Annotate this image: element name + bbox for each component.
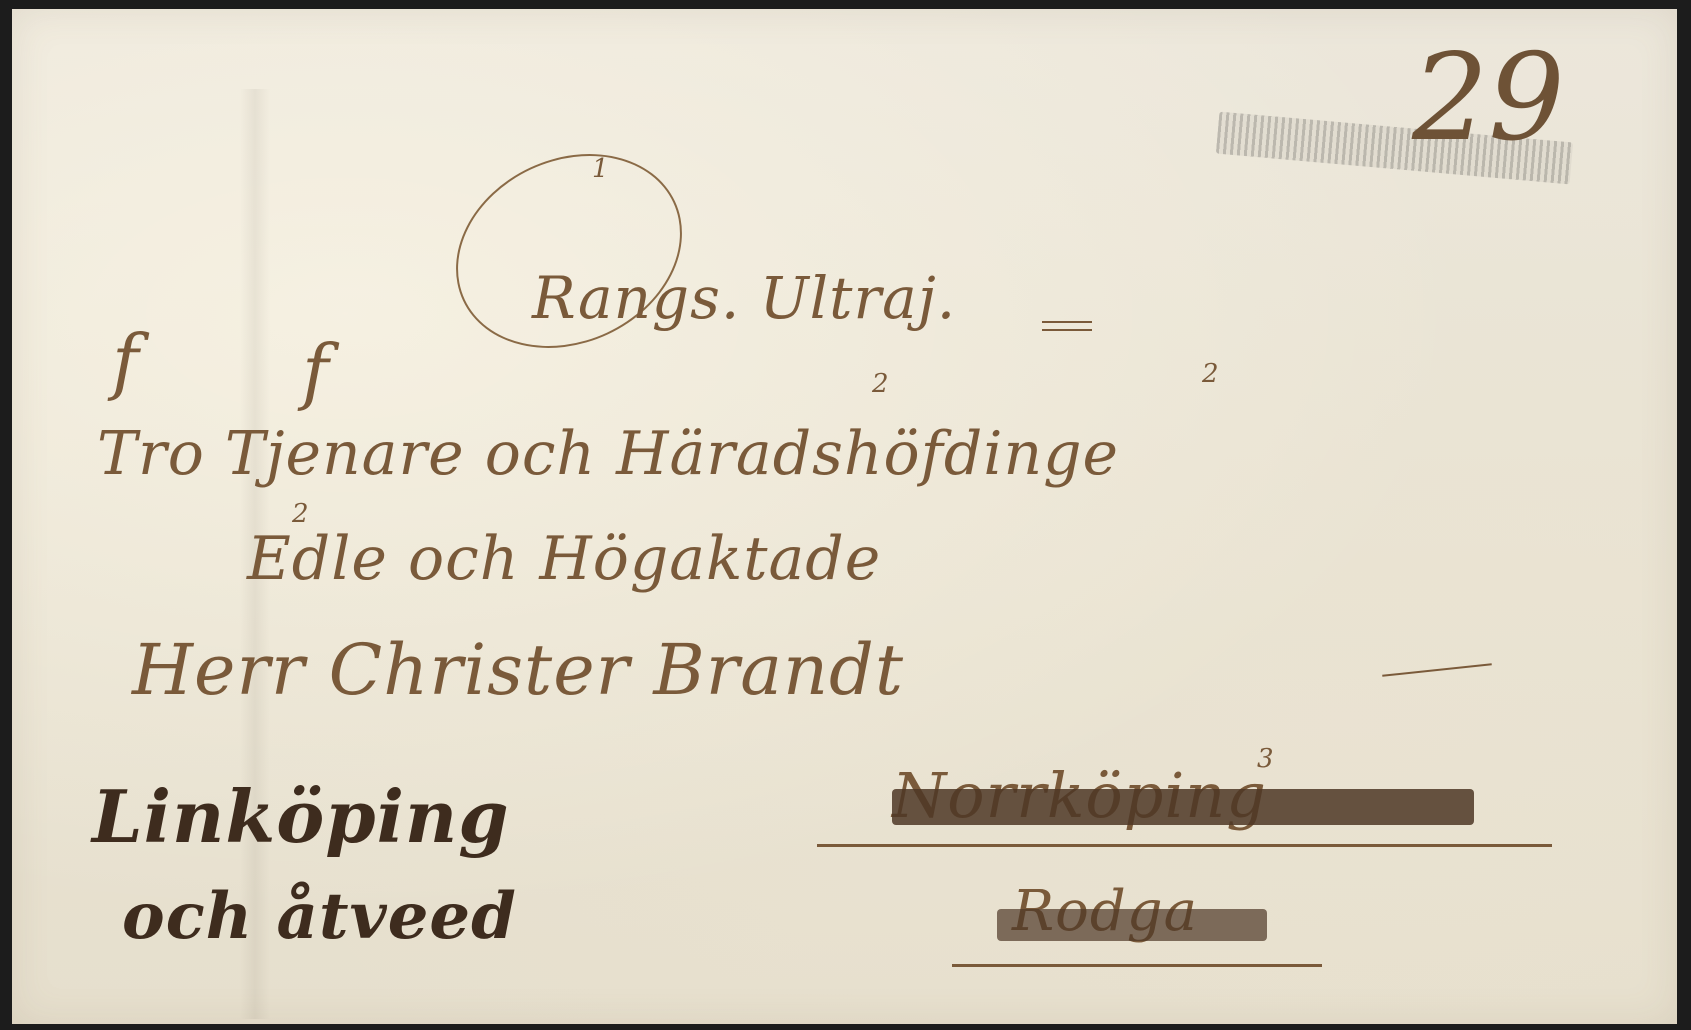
ex-mark-2: f — [302, 329, 330, 413]
salutation-underline — [1042, 321, 1092, 323]
recipient-name: Herr Christer Brandt — [132, 629, 904, 711]
strike-through-bar — [892, 789, 1474, 825]
address-line-1: Tro Tjenare och Häradshöfdinge — [97, 419, 1119, 489]
flourish-loop — [424, 118, 714, 384]
salutation-line: Rangs. Ultraj. — [532, 264, 956, 332]
bottom-rule — [952, 964, 1322, 967]
superscript-mark: 3 — [1257, 744, 1274, 774]
superscript-mark: 2 — [1202, 359, 1219, 389]
destination-rule — [817, 844, 1552, 847]
ex-mark-1: f — [112, 319, 140, 403]
superscript-mark: 1 — [592, 154, 609, 184]
destination-town: Linköping — [92, 774, 510, 859]
superscript-mark: 2 — [872, 369, 889, 399]
postage-rate-marking: 29 — [1412, 29, 1565, 168]
letter-paper: 29 1 Rangs. Ultraj. f f 2 2 Tro Tjenare … — [12, 9, 1677, 1024]
strike-through-bar-2 — [997, 909, 1267, 941]
address-line-2: Edle och Högaktade — [247, 524, 881, 594]
destination-town-line2: och åtveed — [122, 879, 517, 954]
name-flourish — [1382, 663, 1492, 676]
salutation-underline-2 — [1042, 329, 1092, 331]
